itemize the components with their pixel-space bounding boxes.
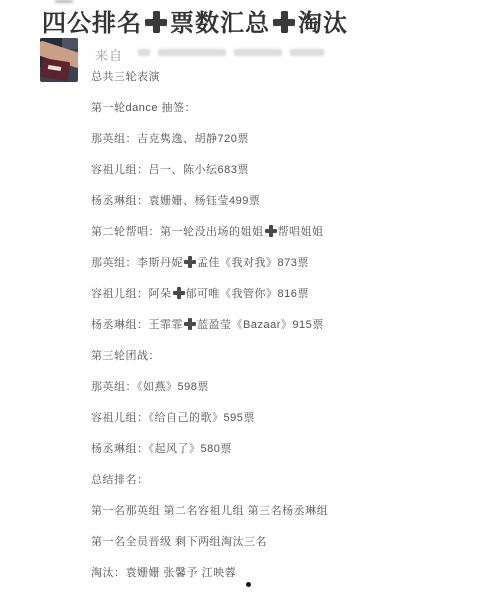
- line-round3-rongzuer: 容祖儿组：《给自己的歌》595票: [91, 411, 471, 425]
- plus-icon: [265, 225, 277, 237]
- plus-icon: [173, 287, 185, 299]
- line-round2-header: 第二轮帮唱：第一轮没出场的姐姐帮唱姐姐: [91, 225, 471, 239]
- weibo-post-screenshot: 四公排名票数汇总淘汰 来自 总共三轮表演 第一轮dance 抽签： 那英组：吉克…: [0, 0, 500, 592]
- plus-icon: [145, 11, 167, 33]
- line-round3-header: 第三轮团战：: [91, 349, 471, 363]
- group-label: 那英组：: [91, 257, 137, 269]
- plus-icon: [184, 318, 196, 330]
- post-body: 总共三轮表演 第一轮dance 抽签： 那英组：吉克隽逸、胡静720票 容祖儿组…: [91, 70, 471, 592]
- line-summary-ranking: 第一名那英组 第二名容祖儿组 第三名杨丞琳组: [91, 504, 471, 518]
- line-round2-naying: 那英组：李斯丹妮孟佳《我对我》873票: [91, 256, 471, 270]
- line-summary-header: 总结排名：: [91, 473, 471, 487]
- member-name: 王霏霏: [149, 319, 184, 331]
- plus-icon: [273, 11, 295, 33]
- from-label: 来自: [95, 45, 123, 64]
- member-song-votes: 孟佳《我对我》873票: [197, 257, 309, 269]
- line-round1-rongzuer: 容祖儿组：吕一、陈小纭683票: [91, 163, 471, 177]
- member-song-votes: 蓝盈莹《Bazaar》915票: [197, 319, 324, 331]
- line-round3-yangchenglin: 杨丞琳组：《起风了》580票: [91, 442, 471, 456]
- group-label: 杨丞琳组：: [91, 319, 149, 331]
- member-name: 阿朵: [149, 288, 172, 300]
- line-round3-naying: 那英组：《如燕》598票: [91, 380, 471, 394]
- round2-header-text: 帮唱姐姐: [278, 226, 324, 238]
- title-segment: 四公排名: [42, 10, 142, 37]
- member-song-votes: 郁可唯《我管你》816票: [186, 288, 309, 300]
- faded-source-link[interactable]: [138, 49, 334, 59]
- line-round1-yangchenglin: 杨丞琳组：袁姗姗、杨钰莹499票: [91, 194, 471, 208]
- cutoff-element-remnant: [55, 0, 73, 3]
- round2-header-text: 第二轮帮唱：第一轮没出场的姐姐: [91, 226, 264, 238]
- member-name: 李斯丹妮: [137, 257, 183, 269]
- line-round1-naying: 那英组：吉克隽逸、胡静720票: [91, 132, 471, 146]
- line-summary-promotion: 第一名全员晋级 剩下两组淘汰三名: [91, 535, 471, 549]
- title-segment: 票数汇总: [170, 10, 270, 37]
- title-segment: 淘汰: [298, 10, 348, 37]
- plus-icon: [184, 256, 196, 268]
- line-intro: 总共三轮表演: [91, 70, 471, 84]
- line-summary-eliminated: 淘汰：袁姗姗 张馨予 江映蓉: [91, 566, 471, 580]
- line-round1-header: 第一轮dance 抽签：: [91, 101, 471, 115]
- line-round2-rongzuer: 容祖儿组：阿朵郁可唯《我管你》816票: [91, 287, 471, 301]
- bullet-dot: [246, 582, 251, 587]
- post-title: 四公排名票数汇总淘汰: [42, 10, 348, 38]
- group-label: 容祖儿组：: [91, 288, 149, 300]
- avatar[interactable]: [40, 38, 78, 82]
- line-round2-yangchenglin: 杨丞琳组：王霏霏蓝盈莹《Bazaar》915票: [91, 318, 471, 332]
